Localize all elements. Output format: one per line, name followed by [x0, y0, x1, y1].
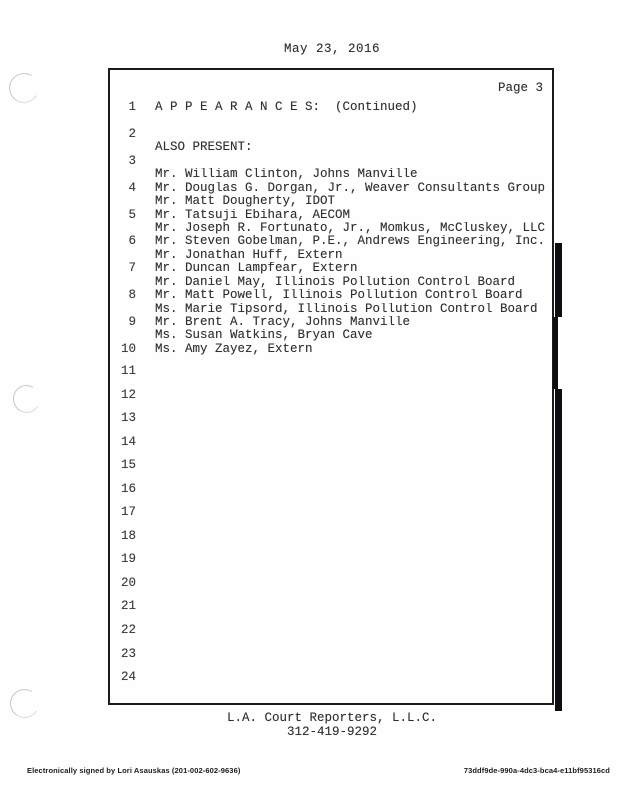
line-number: 23: [110, 643, 136, 667]
line-text: Ms. Susan Watkins, Bryan Cave: [136, 329, 550, 342]
line-text: [136, 572, 550, 596]
court-reporter-phone: 312-419-9292: [108, 725, 556, 739]
line-number: 5: [110, 209, 136, 222]
line-number: [110, 303, 136, 316]
transcript-line: Mr. William Clinton, Johns Manville: [110, 168, 550, 181]
transcript-line: 13: [110, 407, 550, 431]
line-text: [136, 431, 550, 455]
line-text: [136, 155, 550, 168]
scanned-transcript-page: May 23, 2016 Page 3 1 A P P E A R A N C …: [0, 0, 618, 800]
line-text: [136, 128, 550, 141]
transcript-line: 7 Mr. Duncan Lampfear, Extern: [110, 262, 550, 275]
transcript-line: 2: [110, 128, 550, 141]
transcript-line: 11: [110, 360, 550, 384]
transcript-line: 4 Mr. Douglas G. Dorgan, Jr., Weaver Con…: [110, 182, 550, 195]
line-number: [110, 249, 136, 262]
line-text: [136, 548, 550, 572]
transcript-line: Mr. Jonathan Huff, Extern: [110, 249, 550, 262]
line-text: Mr. Brent A. Tracy, Johns Manville: [136, 316, 550, 329]
line-number: [110, 276, 136, 289]
line-number: 6: [110, 235, 136, 248]
line-number: 16: [110, 478, 136, 502]
line-text: Mr. Matt Powell, Illinois Pollution Cont…: [136, 289, 550, 302]
line-number: [110, 195, 136, 208]
transcript-line: 21: [110, 595, 550, 619]
line-text: Mr. William Clinton, Johns Manville: [136, 168, 550, 181]
line-text: [136, 643, 550, 667]
transcript-line: 15: [110, 454, 550, 478]
line-text: Mr. Douglas G. Dorgan, Jr., Weaver Consu…: [136, 182, 550, 195]
line-text: [136, 407, 550, 431]
line-text: Mr. Daniel May, Illinois Pollution Contr…: [136, 276, 550, 289]
line-text: Ms. Marie Tipsord, Illinois Pollution Co…: [136, 303, 550, 316]
transcript-line: 12: [110, 384, 550, 408]
transcript-line: 3: [110, 155, 550, 168]
transcript-line: 5 Mr. Tatsuji Ebihara, AECOM: [110, 209, 550, 222]
line-text: Mr. Joseph R. Fortunato, Jr., Momkus, Mc…: [136, 222, 550, 235]
line-text: Mr. Tatsuji Ebihara, AECOM: [136, 209, 550, 222]
line-number: 14: [110, 431, 136, 455]
transcript-empty-lines: 11 12 13 14 15 16 17 18: [110, 360, 550, 690]
scan-artifact-strip: [555, 389, 562, 711]
line-text: [136, 478, 550, 502]
scan-artifact-strip: [555, 243, 562, 317]
line-number: 7: [110, 262, 136, 275]
line-text: [136, 619, 550, 643]
transcript-line: Mr. Daniel May, Illinois Pollution Contr…: [110, 276, 550, 289]
hole-punch-mark: [6, 70, 42, 106]
line-number: 17: [110, 501, 136, 525]
line-number: 15: [110, 454, 136, 478]
line-number: [110, 329, 136, 342]
line-number: 22: [110, 619, 136, 643]
transcript-line: 23: [110, 643, 550, 667]
transcript-body-lines: 1 A P P E A R A N C E S: (Continued) 2 A…: [110, 101, 550, 356]
line-number: 13: [110, 407, 136, 431]
line-number: 19: [110, 548, 136, 572]
line-number: 8: [110, 289, 136, 302]
line-number: 24: [110, 666, 136, 690]
transcript-line: 18: [110, 525, 550, 549]
line-text: Mr. Steven Gobelman, P.E., Andrews Engin…: [136, 235, 550, 248]
line-text: A P P E A R A N C E S: (Continued): [136, 101, 550, 114]
transcript-line: 6 Mr. Steven Gobelman, P.E., Andrews Eng…: [110, 235, 550, 248]
line-text: Mr. Duncan Lampfear, Extern: [136, 262, 550, 275]
line-text: [136, 525, 550, 549]
transcript-line: 16: [110, 478, 550, 502]
line-text: Ms. Amy Zayez, Extern: [136, 343, 550, 356]
line-number: 11: [110, 360, 136, 384]
transcript-line: 10 Ms. Amy Zayez, Extern: [110, 343, 550, 356]
hole-punch-mark: [10, 382, 43, 416]
transcript-line: 17: [110, 501, 550, 525]
transcript-line: 1 A P P E A R A N C E S: (Continued): [110, 101, 550, 114]
line-text: [136, 454, 550, 478]
line-number: 10: [110, 343, 136, 356]
line-text: [136, 384, 550, 408]
hole-punch-mark: [7, 686, 42, 721]
line-number: 9: [110, 316, 136, 329]
line-number: 1: [110, 101, 136, 114]
transcript-line: 8 Mr. Matt Powell, Illinois Pollution Co…: [110, 289, 550, 302]
line-number: 18: [110, 525, 136, 549]
document-id: 73ddf9de-990a-4dc3-bca4-e11bf95316cd: [464, 766, 610, 775]
line-text: [136, 114, 550, 127]
scan-artifact-strip: [553, 317, 558, 389]
line-text: [136, 595, 550, 619]
line-text: ALSO PRESENT:: [136, 141, 550, 154]
transcript-line: 19: [110, 548, 550, 572]
transcript-line: 9 Mr. Brent A. Tracy, Johns Manville: [110, 316, 550, 329]
line-number: 20: [110, 572, 136, 596]
line-number: 2: [110, 128, 136, 141]
line-number: 3: [110, 155, 136, 168]
line-text: [136, 501, 550, 525]
line-text: Mr. Matt Dougherty, IDOT: [136, 195, 550, 208]
transcript-line: Mr. Joseph R. Fortunato, Jr., Momkus, Mc…: [110, 222, 550, 235]
line-text: Mr. Jonathan Huff, Extern: [136, 249, 550, 262]
transcript-line: 14: [110, 431, 550, 455]
transcript-line: 22: [110, 619, 550, 643]
line-number: [110, 114, 136, 127]
transcript-line: Ms. Marie Tipsord, Illinois Pollution Co…: [110, 303, 550, 316]
line-number: 12: [110, 384, 136, 408]
line-number: [110, 168, 136, 181]
line-text: [136, 360, 550, 384]
line-number: [110, 222, 136, 235]
date-header: May 23, 2016: [108, 42, 556, 56]
line-number: 21: [110, 595, 136, 619]
line-number: [110, 141, 136, 154]
transcript-line: 24: [110, 666, 550, 690]
page-number-label: Page 3: [498, 81, 543, 95]
transcript-line: ALSO PRESENT:: [110, 141, 550, 154]
court-reporter-name: L.A. Court Reporters, L.L.C.: [108, 711, 556, 725]
transcript-line: Mr. Matt Dougherty, IDOT: [110, 195, 550, 208]
transcript-line: Ms. Susan Watkins, Bryan Cave: [110, 329, 550, 342]
transcript-page-frame: Page 3 1 A P P E A R A N C E S: (Continu…: [108, 68, 554, 705]
line-number: 4: [110, 182, 136, 195]
electronic-signature-note: Electronically signed by Lori Asauskas (…: [27, 766, 240, 775]
line-text: [136, 666, 550, 690]
transcript-line: 20: [110, 572, 550, 596]
transcript-line: [110, 114, 550, 127]
